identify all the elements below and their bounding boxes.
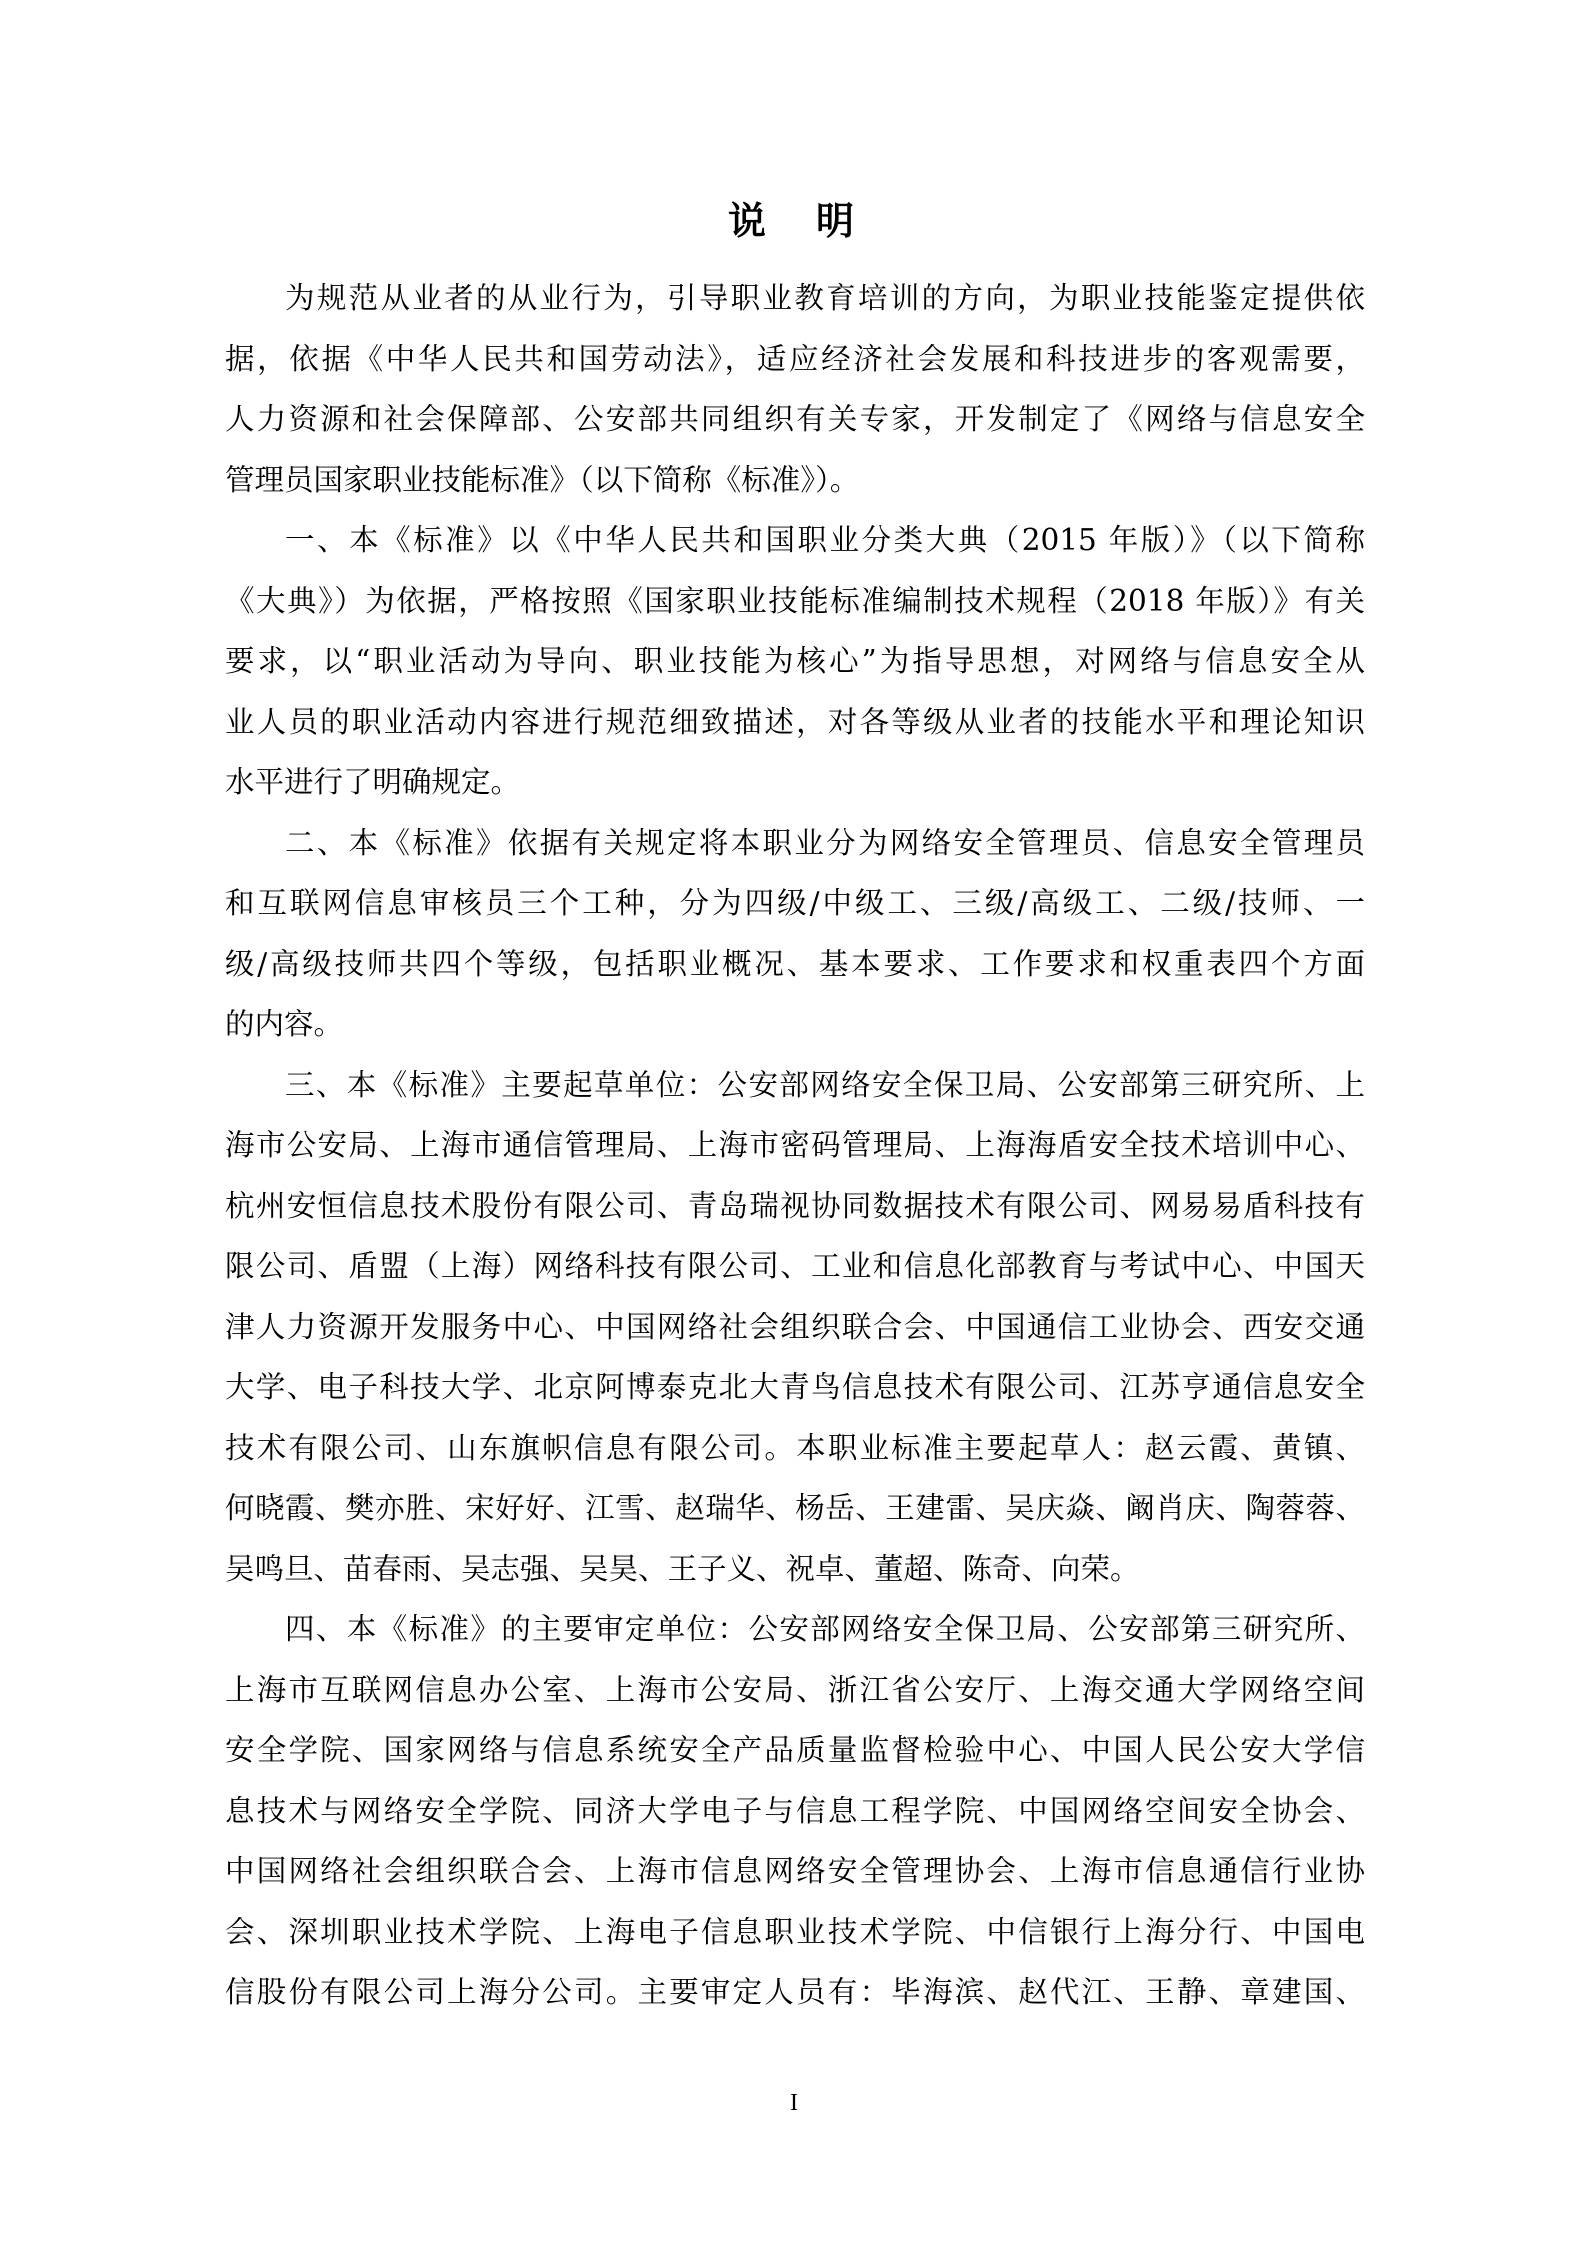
text-line: 业人员的职业活动内容进行规范细致描述，对各等级从业者的技能水平和理论知识	[225, 692, 1365, 753]
text-line: 海市公安局、上海市通信管理局、上海市密码管理局、上海海盾安全技术培训中心、	[225, 1115, 1365, 1176]
text-line: 管理员国家职业技能标准》（以下简称《标准》）。	[225, 450, 1365, 511]
text-line: 大学、电子科技大学、北京阿博泰克北大青鸟信息技术有限公司、江苏亨通信息安全	[225, 1357, 1365, 1418]
text-line: 会、深圳职业技术学院、上海电子信息职业技术学院、中信银行上海分行、中国电	[225, 1902, 1365, 1963]
document-body: 为规范从业者的从业行为，引导职业教育培训的方向，为职业技能鉴定提供依 据，依据《…	[225, 268, 1365, 2023]
text-line: 津人力资源开发服务中心、中国网络社会组织联合会、中国通信工业协会、西安交通	[225, 1297, 1365, 1358]
text-line: 为规范从业者的从业行为，引导职业教育培训的方向，为职业技能鉴定提供依	[225, 268, 1365, 329]
text-line: 信股份有限公司上海分公司。主要审定人员有：毕海滨、赵代江、王静、章建国、	[225, 1962, 1365, 2023]
text-line: 级/高级技师共四个等级，包括职业概况、基本要求、工作要求和权重表四个方面	[225, 934, 1365, 995]
document-page: 说 明 为规范从业者的从业行为，引导职业教育培训的方向，为职业技能鉴定提供依 据…	[0, 0, 1588, 2245]
text-line: 二、本《标准》依据有关规定将本职业分为网络安全管理员、信息安全管理员	[225, 813, 1365, 874]
text-line: 和互联网信息审核员三个工种，分为四级/中级工、三级/高级工、二级/技师、一	[225, 873, 1365, 934]
text-line: 吴鸣旦、苗春雨、吴志强、吴昊、王子义、祝卓、董超、陈奇、向荣。	[225, 1539, 1365, 1600]
text-line: 杭州安恒信息技术股份有限公司、青岛瑞视协同数据技术有限公司、网易易盾科技有	[225, 1176, 1365, 1237]
page-number: I	[0, 2088, 1588, 2118]
text-line: 一、本《标准》以《中华人民共和国职业分类大典（2015 年版）》（以下简称	[225, 510, 1365, 571]
text-line: 息技术与网络安全学院、同济大学电子与信息工程学院、中国网络空间安全协会、	[225, 1781, 1365, 1842]
text-line: 上海市互联网信息办公室、上海市公安局、浙江省公安厅、上海交通大学网络空间	[225, 1660, 1365, 1721]
text-line: 《大典》）为依据，严格按照《国家职业技能标准编制技术规程（2018 年版）》有关	[225, 571, 1365, 632]
text-line: 何晓霞、樊亦胜、宋好好、江雪、赵瑞华、杨岳、王建雷、吴庆焱、阚肖庆、陶蓉蓉、	[225, 1478, 1365, 1539]
text-line: 中国网络社会组织联合会、上海市信息网络安全管理协会、上海市信息通信行业协	[225, 1841, 1365, 1902]
text-line: 三、本《标准》主要起草单位：公安部网络安全保卫局、公安部第三研究所、上	[225, 1055, 1365, 1116]
text-line: 人力资源和社会保障部、公安部共同组织有关专家，开发制定了《网络与信息安全	[225, 389, 1365, 450]
text-line: 要求，以“职业活动为导向、职业技能为核心”为指导思想，对网络与信息安全从	[225, 631, 1365, 692]
text-line: 限公司、盾盟（上海）网络科技有限公司、工业和信息化部教育与考试中心、中国天	[225, 1236, 1365, 1297]
text-line: 据，依据《中华人民共和国劳动法》，适应经济社会发展和科技进步的客观需要，	[225, 329, 1365, 390]
page-title: 说 明	[0, 191, 1588, 251]
text-line: 四、本《标准》的主要审定单位：公安部网络安全保卫局、公安部第三研究所、	[225, 1599, 1365, 1660]
text-line: 安全学院、国家网络与信息系统安全产品质量监督检验中心、中国人民公安大学信	[225, 1720, 1365, 1781]
text-line: 的内容。	[225, 994, 1365, 1055]
text-line: 技术有限公司、山东旗帜信息有限公司。本职业标准主要起草人：赵云霞、黄镇、	[225, 1418, 1365, 1479]
text-line: 水平进行了明确规定。	[225, 752, 1365, 813]
